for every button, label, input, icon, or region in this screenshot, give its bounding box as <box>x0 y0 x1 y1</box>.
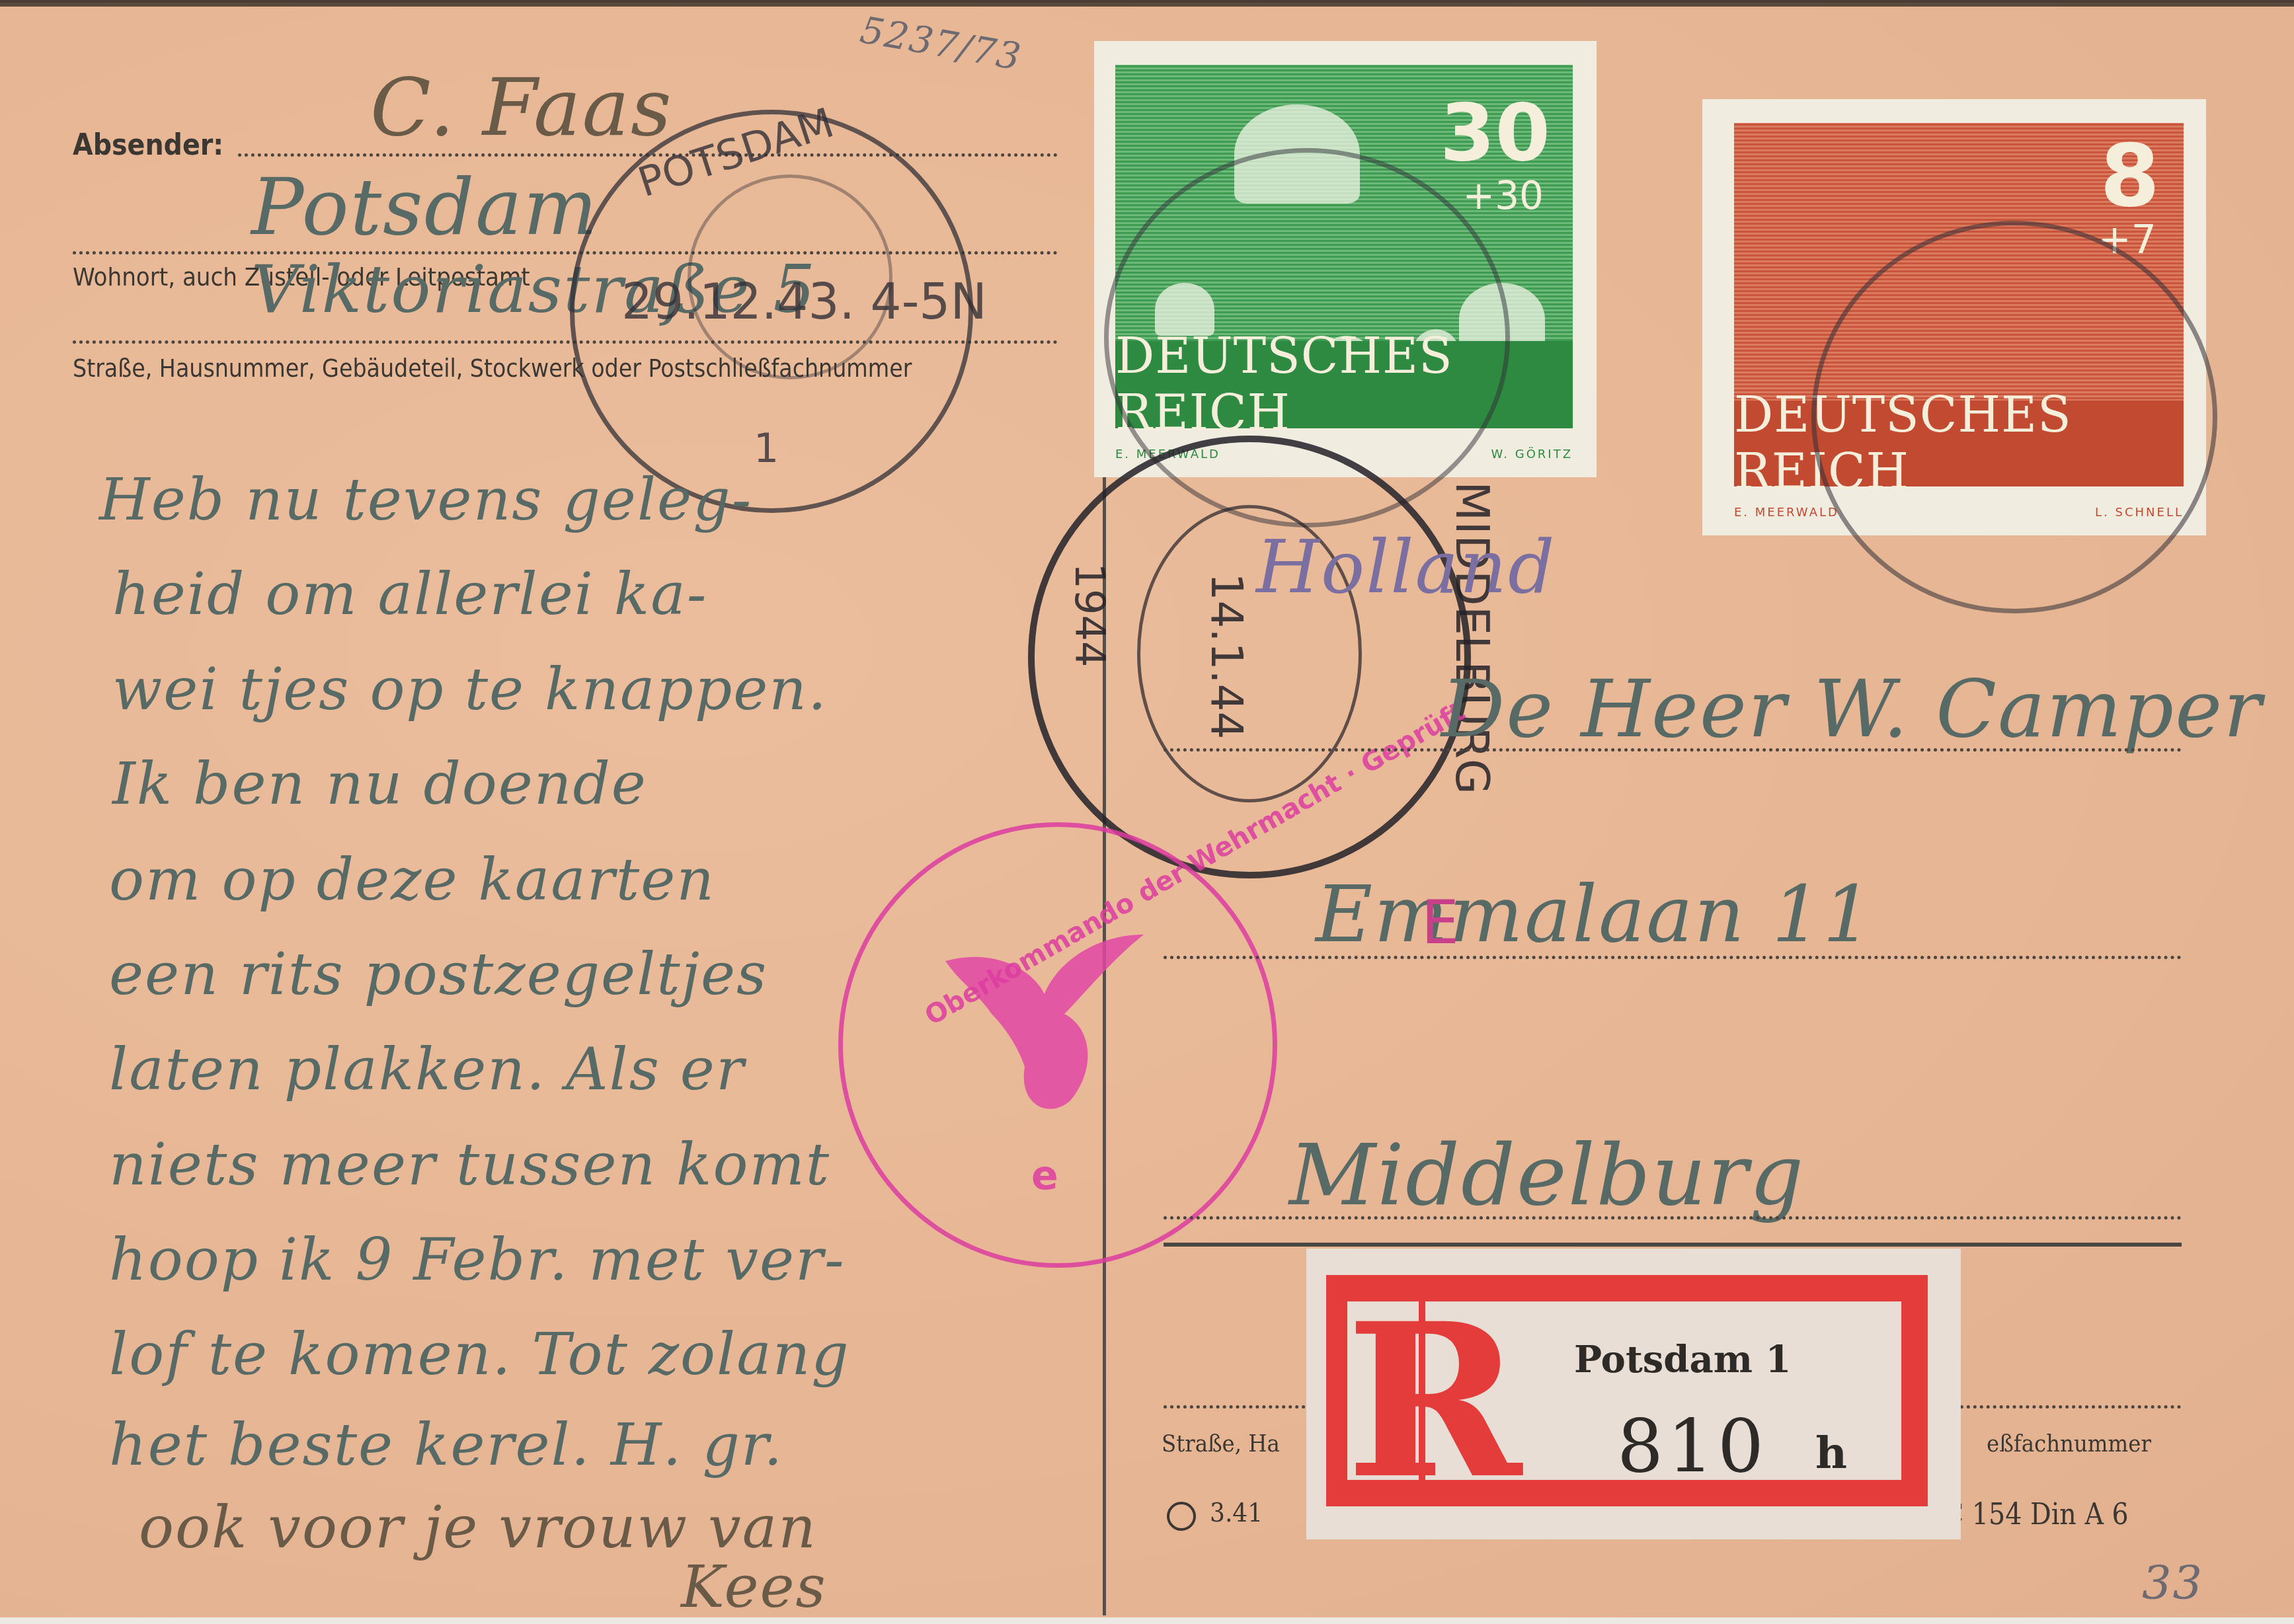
message-line: heid om allerlei ka- <box>112 560 707 628</box>
address-name: De Heer W. Camper <box>1441 664 2263 755</box>
print-date: 3.41 <box>1210 1498 1263 1528</box>
registration-letter: R <box>1346 1296 1522 1508</box>
address-street: Emmalaan 11 <box>1316 869 1874 960</box>
sender-name: C. Faas <box>370 62 673 154</box>
stamp-designer-right: W. GÖRITZ <box>1491 447 1573 461</box>
message-line: hoop ik 9 Febr. met ver- <box>109 1225 846 1294</box>
middelburg-postmark-year: 1944 <box>1066 563 1114 668</box>
stamp-surcharge: +30 <box>1463 173 1544 218</box>
potsdam-postmark-date: 29.12.43. 4-5N <box>621 274 987 330</box>
message-line: lof te komen. Tot zolang <box>109 1320 850 1388</box>
message-line: ook voor je vrouw van <box>139 1493 817 1561</box>
message-line: Heb nu tevens geleg- <box>99 465 752 533</box>
message-line: Ik ben nu doende <box>112 750 647 818</box>
registration-label: R Potsdam 1 810 h <box>1306 1249 1961 1539</box>
stamp-designer-left: E. MEERWALD <box>1734 506 1839 520</box>
middelburg-postmark-date: 14.1.44 <box>1201 573 1252 740</box>
postcard: Absender: Wohnort, auch Zustell- oder Le… <box>0 3 2294 1617</box>
stamp-value: 8 <box>2100 126 2160 226</box>
message-line: niets meer tussen komt <box>109 1130 830 1198</box>
potsdam-postmark-office: 1 <box>754 426 779 472</box>
message-line: een rits postzegeltjes <box>109 940 768 1008</box>
strasse-label-fragment-right: eßfachnummer <box>1987 1430 2151 1457</box>
address-dotted-line <box>1164 1216 2182 1219</box>
address-solid-line <box>1164 1243 2182 1247</box>
message-line: om op deze kaarten <box>109 845 715 913</box>
address-dotted-line <box>1164 956 2182 959</box>
address-censor-mark: E <box>1421 888 1459 958</box>
address-city: Middelburg <box>1289 1126 1805 1225</box>
stamp-value: 30 <box>1440 87 1550 179</box>
censor-stamp-code: e <box>1031 1153 1058 1199</box>
message-line: het beste kerel. H. gr. <box>109 1411 783 1479</box>
registration-number: 810 <box>1617 1404 1768 1489</box>
eagle-seal-icon <box>1167 1502 1196 1531</box>
form-number: C 154 Din A 6 <box>1944 1498 2129 1531</box>
address-dotted-line <box>1164 748 2182 752</box>
potsdam-cancel-red-stamp <box>1811 221 2217 613</box>
pencil-corner-note: 33 <box>2142 1556 2203 1610</box>
sender-city: Potsdam <box>251 161 598 252</box>
message-line: wei tjes op te knappen. <box>112 655 828 723</box>
address-country: Holland <box>1256 525 1556 609</box>
pencil-reference-note: 5237/73 <box>857 9 1025 79</box>
message-line: laten plakken. Als er <box>109 1035 745 1103</box>
absender-label: Absender: <box>73 128 223 162</box>
registration-suffix: h <box>1815 1427 1847 1479</box>
registration-office: Potsdam 1 <box>1574 1338 1792 1381</box>
message-signature: Kees <box>681 1553 827 1621</box>
strasse-label-fragment-left: Straße, Ha <box>1162 1430 1280 1457</box>
